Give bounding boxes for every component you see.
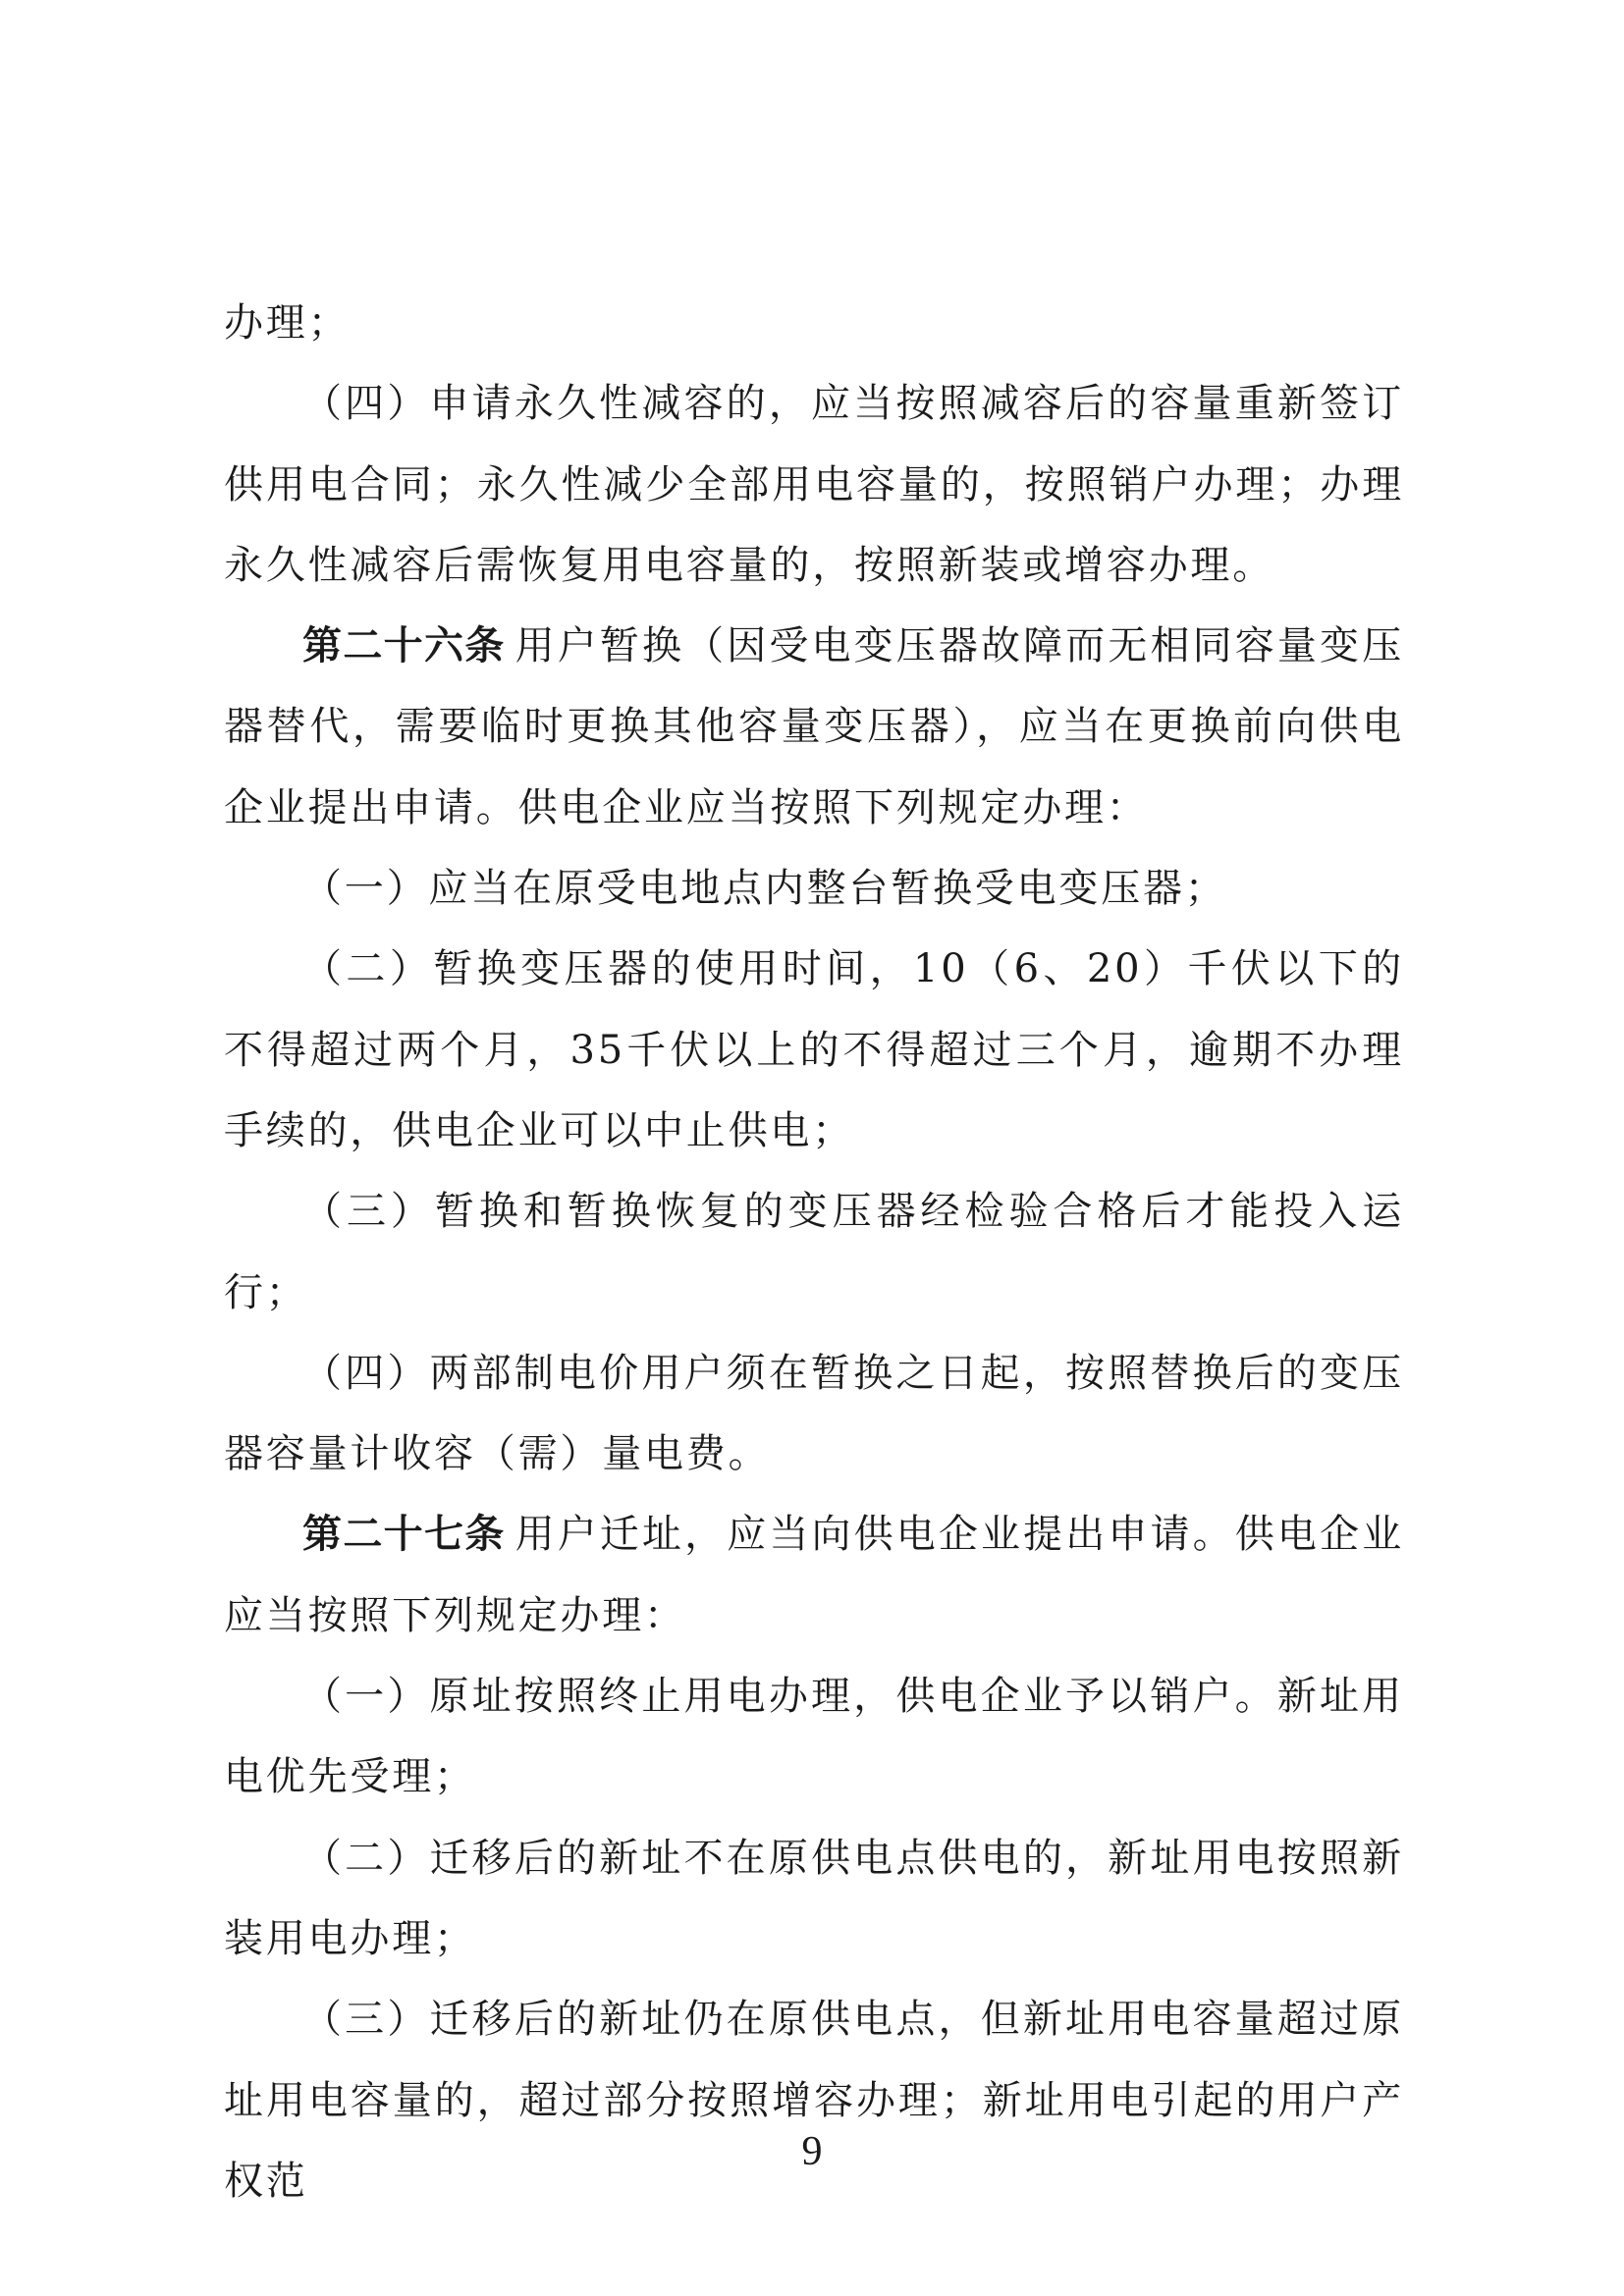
article-26: 第二十六条用户暂换（因受电变压器故障而无相同容量变压器替代，需要临时更换其他容量… [224, 606, 1404, 848]
article-26-item-1: （一）应当在原受电地点内整台暂换受电变压器； [224, 848, 1404, 929]
article-27-heading: 第二十七条 [302, 1512, 506, 1557]
document-body: 办理； （四）申请永久性减容的，应当按照减容后的容量重新签订供用电合同；永久性减… [224, 283, 1404, 2221]
article-26-item-3: （三）暂换和暂换恢复的变压器经检验合格后才能投入运行； [224, 1171, 1404, 1333]
paragraph-continuation: 办理； [224, 283, 1404, 363]
article-27-item-2: （二）迁移后的新址不在原供电点供电的，新址用电按照新装用电办理； [224, 1818, 1404, 1980]
page-number: 9 [0, 2128, 1624, 2175]
article-27-item-1: （一）原址按照终止用电办理，供电企业予以销户。新址用电优先受理； [224, 1656, 1404, 1818]
paragraph-item-4-permanent-capacity-reduction: （四）申请永久性减容的，应当按照减容后的容量重新签订供用电合同；永久性减少全部用… [224, 363, 1404, 606]
document-page: 办理； （四）申请永久性减容的，应当按照减容后的容量重新签订供用电合同；永久性减… [0, 0, 1624, 2296]
article-27-item-3: （三）迁移后的新址仍在原供电点，但新址用电容量超过原址用电容量的，超过部分按照增… [224, 1979, 1404, 2221]
article-26-heading: 第二十六条 [302, 623, 506, 668]
article-27: 第二十七条用户迁址，应当向供电企业提出申请。供电企业应当按照下列规定办理： [224, 1494, 1404, 1656]
article-26-item-4: （四）两部制电价用户须在暂换之日起，按照替换后的变压器容量计收容（需）量电费。 [224, 1333, 1404, 1495]
article-26-item-2: （二）暂换变压器的使用时间，10（6、20）千伏以下的不得超过两个月，35千伏以… [224, 929, 1404, 1171]
